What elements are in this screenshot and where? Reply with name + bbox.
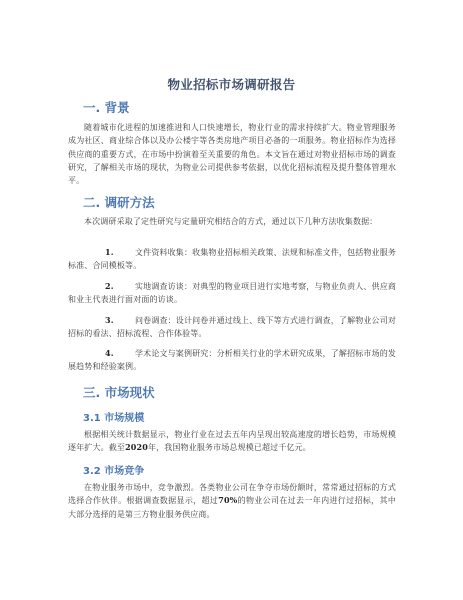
list-number: 2. [105, 280, 135, 293]
section-heading-background: 一. 背景 [83, 98, 130, 116]
method-list-item-1: 1.文件资料收集：收集物业招标相关政策、法规和标准文件，包括物业服务标准、合同模… [68, 246, 396, 273]
list-number: 3. [105, 314, 135, 327]
highlight-percent: 70% [218, 495, 237, 505]
method-list-item-2: 2.实地调查访谈：对典型的物业项目进行实地考察，与物业负责人、供应商和业主代表进… [68, 280, 396, 307]
text: 年，我国物业服务市场总规模已超过千亿元。 [148, 443, 311, 452]
document-page: 物业招标市场调研报告 一. 背景 随着城市化进程的加速推进和人口快速增长，物业行… [0, 0, 463, 600]
list-number: 4. [105, 347, 135, 360]
market-size-paragraph: 根据相关统计数据显示，物业行业在过去五年内呈现出较高速度的增长趋势，市场规模逐年… [68, 428, 396, 455]
background-paragraph: 随着城市化进程的加速推进和人口快速增长，物业行业的需求持续扩大。物业管理服务成为… [68, 121, 396, 187]
list-number: 1. [105, 246, 135, 259]
market-competition-paragraph: 在物业服务市场中，竞争激烈。各类物业公司在争夺市场份额时，常常通过招标的方式选择… [68, 481, 396, 521]
highlight-year: 2020 [125, 442, 148, 452]
section-heading-methods: 二. 调研方法 [83, 193, 155, 211]
subsection-heading-market-size: 3.1 市场规模 [83, 409, 144, 424]
method-list-item-3: 3.问卷调查：设计问卷并通过线上、线下等方式进行调查，了解物业公司对招标的看法、… [68, 314, 396, 341]
methods-intro-paragraph: 本次调研采取了定性研究与定量研究相结合的方式，通过以下几种方法收集数据： [68, 215, 396, 228]
subsection-heading-market-competition: 3.2 市场竞争 [83, 462, 144, 477]
method-list-item-4: 4.学术论文与案例研究：分析相关行业的学术研究成果，了解招标市场的发展趋势和经验… [68, 347, 396, 374]
document-title: 物业招标市场调研报告 [0, 75, 463, 93]
section-heading-market-status: 三. 市场现状 [83, 383, 155, 401]
